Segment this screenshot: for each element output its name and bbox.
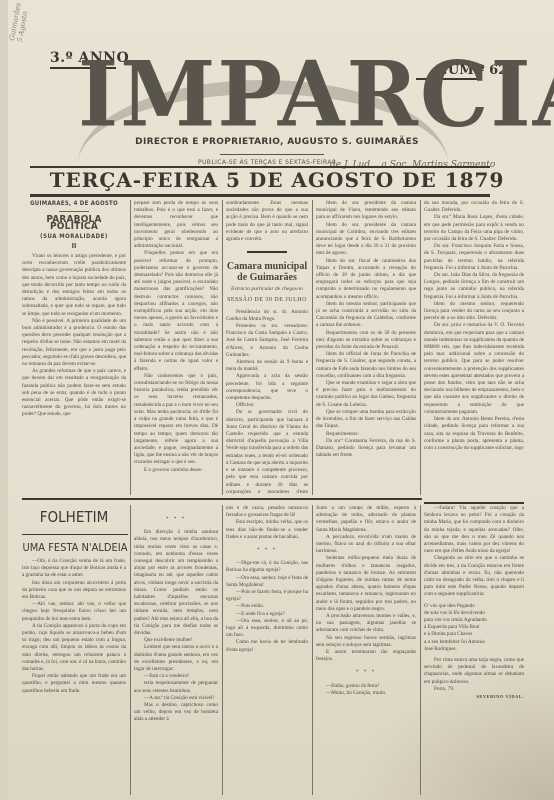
- section-headline: Camara municipal de Guimarães: [226, 261, 308, 283]
- paragraph: Idem do mesmo senhor, requerendo licença…: [424, 301, 524, 323]
- paragraph: Requerimentos:: [316, 431, 416, 438]
- paragraph: prepare sem perda de tempo os seus traba…: [134, 200, 218, 250]
- paragraph: nos e de casca, pesados tamancos ferrado…: [226, 505, 308, 519]
- article-part: II: [22, 243, 126, 250]
- section-break: * * *: [226, 547, 308, 554]
- paragraph: Lembrei que seus tantos a ouvir o a diab…: [134, 644, 218, 673]
- paragraph: Do snr. Francisco Joaquim Faria e Sousa,…: [424, 243, 524, 272]
- paragraph: Approvada a acta da sessão precedente, f…: [226, 373, 308, 402]
- verse-line: e á Direita para Chaves: [424, 631, 524, 638]
- column-rule: [130, 505, 131, 795]
- paragraph: —Fadara! Via aquelle coração que a Senho…: [424, 505, 524, 555]
- paragraph: Que se mande examinar e segar a obra que…: [316, 380, 416, 409]
- paragraph: —Então, gostou da festa?: [316, 683, 416, 690]
- paragraph: Idem do official de Junta de Parochia de…: [316, 351, 416, 380]
- paragraph: E o governo caminha desas-: [134, 467, 218, 474]
- verse-line: O' vós que ides Pegando: [424, 603, 524, 610]
- paragraph: Presentes os srs. vereadores: Francisco …: [226, 323, 308, 359]
- paragraph: Presidencia do sr. dr. Antonio Coelho da…: [226, 309, 308, 323]
- folhetim-column-5: —Fadara! Via aquelle coração que a Senho…: [424, 505, 524, 795]
- folhetim-title: UMA FESTA N'ALDEIA: [22, 534, 128, 554]
- section-subtitle: Extracto particular de chegas-to: [226, 286, 308, 293]
- folhetim-column-2: * * * Em direcção á minha saudosa aldeia…: [134, 510, 218, 795]
- column-4: Idem do snr. presidente da camara munici…: [316, 200, 416, 496]
- paragraph: —Ora essa, senhor, hoje é festa de Santa…: [226, 575, 308, 589]
- paragraph: Viram os leitores o artigo precedente, e…: [22, 253, 126, 318]
- column-2: prepare sem perda de tempo os seus traba…: [134, 200, 218, 496]
- paragraph: Idem do snr. fiscal de cantoneiros dos T…: [316, 258, 416, 301]
- folhetim-column-3: nos e de casca, pesados tamancos ferrado…: [226, 505, 308, 795]
- paragraph: —Ora essa, senhor, é ali ao pé, logo ali…: [226, 618, 308, 640]
- paragraph: A tia Conição appareceu á porta do copo …: [22, 623, 126, 673]
- dateline: TERÇA-FEIRA 5 DE AGOSTO DE 1879: [0, 168, 554, 192]
- column-rule: [222, 505, 223, 795]
- column-1: GUIMARÃES, 4 DE AGOSTO PARABOLA POLITICA…: [22, 200, 126, 496]
- paragraph: Abertura da sessão ás 9 horas e meia da …: [226, 359, 308, 373]
- column-rule: [312, 505, 313, 795]
- paragraph: Isto dizia um corpulento alcoviteiro á p…: [22, 580, 126, 602]
- section-break: * * *: [134, 516, 218, 523]
- paragraph: Officios:: [226, 402, 308, 409]
- paragraph: —Pois então.: [226, 603, 308, 610]
- column-rule: [420, 505, 421, 795]
- paragraph: No seu regresso houve sermão, lagrimas s…: [316, 635, 416, 649]
- paragraph: —E onde fica a egreja?: [226, 611, 308, 618]
- column-rule: [420, 200, 421, 495]
- newspaper-title: IMPARCIAL: [78, 43, 458, 148]
- place-date: Porto, 79.: [424, 686, 524, 693]
- paragraph: Idem do mesmo senhor, participando que j…: [316, 301, 416, 330]
- paragraph: teria respeitosamente de perguntar aos s…: [134, 680, 218, 694]
- paragraph: Mas o destino, caprichoso como um velho,…: [134, 702, 218, 724]
- verse-line: José Rodrigues.: [424, 646, 524, 653]
- paragraph: —Ahi vae, senhor, ahi vae, o velho que c…: [22, 601, 126, 623]
- paragraph: Que excellente mulher!: [134, 637, 218, 644]
- paragraph: As grandes reformas de que o paiz carece…: [22, 368, 126, 418]
- column-3: sombradamente. Estas mesmas sociedades s…: [226, 200, 308, 496]
- director-line: DIRECTOR E PROPRIETARIO, AUGUSTO S. GUIM…: [0, 137, 554, 147]
- paragraph: Da snr.ª Maria Rosa Lopes, d'esta cidade…: [424, 214, 524, 243]
- paragraph: A peccadora, envolvida n'um manto de mer…: [316, 534, 416, 556]
- paragraph: A procissão atravessou montes e valles, …: [316, 613, 416, 635]
- folhetim-rule: [424, 502, 524, 504]
- verse-line: de sola vos lá fôr devolvendo: [424, 610, 524, 617]
- paragraph: Chegando ao sitio em que o caminho se di…: [424, 555, 524, 598]
- paragraph: —Pois se fazem festa, é porque ha egreja…: [226, 589, 308, 603]
- paragraph: Da snr.ª Constantia Ferreira, da rua de …: [316, 438, 416, 460]
- paragraph: da sua morada, por occasião da feira de …: [424, 200, 524, 214]
- paragraph: Junto a um campo de milho, espesto á adm…: [316, 505, 416, 534]
- article-subheadline: (SUA MORALIDADE): [22, 233, 126, 240]
- session-date: SESSÃO DE 30 DE JULHO: [226, 297, 308, 304]
- paragraph: Em direcção á minha saudosa aldeia, nos …: [134, 529, 218, 637]
- paragraph: Do sr. governador civil do districto, pa…: [226, 409, 308, 496]
- paragraph: Idem do snr. presidente da camara munici…: [316, 200, 416, 222]
- paragraph: Não conhecemos que o paiz, consubstancia…: [134, 373, 218, 467]
- divider: [220, 154, 324, 155]
- paragraph: Não é possivel. A primeira qualidade de …: [22, 318, 126, 368]
- folhetim-column-1: —Olá, ó tia Conição venha de lá um frade…: [22, 558, 126, 758]
- column-rule: [312, 200, 313, 495]
- folhetim-label: FOLHETIM: [30, 508, 118, 526]
- paragraph: Do snr. prior e mesarios da V. O. Tercei…: [424, 322, 524, 416]
- paragraph: N'aquelles pontos em que era possivel re…: [134, 250, 218, 372]
- verse-line: á Esquerda para Villa Real: [424, 624, 524, 631]
- column-5: da sua morada, por occasião da feira de …: [424, 200, 524, 500]
- paragraph: —Está cá a vendeira?: [134, 673, 218, 680]
- inscription-verse: O' vós que ides Pegando de sola vos lá f…: [424, 603, 524, 653]
- paragraph: Requerimentos com os de 30 do presente m…: [316, 330, 416, 352]
- publication-schedule: PUBLICA-SE ÁS TERÇAS E SEXTAS-FEIRAS: [198, 159, 336, 166]
- verse-line: a o seu bemfeitor foi Antonio: [424, 639, 524, 646]
- paragraph: Que se compre uma bomba para extincção d…: [316, 409, 416, 431]
- folhetim-column-4: Junto a um campo de milho, espesto á adm…: [316, 505, 416, 795]
- author-signature: SEVERINO VIDAL.: [424, 693, 524, 700]
- article-headline: PARABOLA POLITICA: [22, 216, 126, 230]
- divider: [247, 251, 287, 253]
- paragraph: Idem do snr. Antonio Bento Pereira, d'es…: [424, 416, 524, 452]
- paragraph: sombradamente. Estas mesmas sociedades s…: [226, 200, 308, 243]
- paragraph: —Olá, ó tia Conição venha de lá um frade…: [22, 558, 126, 580]
- paragraph: —Muito, tia Conição, muito.: [316, 690, 416, 697]
- paragraph: —A snr.ª tia Conição está visível?: [134, 695, 218, 702]
- paragraph: Sedentas milho-pequeno meia duzia de mul…: [316, 555, 416, 613]
- column-rule: [130, 200, 131, 495]
- column-rule: [222, 200, 223, 495]
- dateline-location: GUIMARÃES, 4 DE AGOSTO: [22, 200, 126, 207]
- paragraph: E assim terminaram tão engraçadas festej…: [316, 649, 416, 663]
- paragraph: Por cima estava uma tarja negra, como qu…: [424, 657, 524, 686]
- paragraph: Do snr. João Dias da Silva, da freguezia…: [424, 272, 524, 301]
- paragraph: Está escripto, minha velha, que os teus …: [226, 519, 308, 541]
- folhetim-rule: [22, 498, 422, 500]
- dateline-rule: [30, 194, 490, 197]
- paragraph: —Diga-me cá, ó tia Conição, nas Boticas …: [226, 560, 308, 574]
- verse-line: para vós vos irmãs Agradando: [424, 617, 524, 624]
- divider: [59, 211, 89, 212]
- paragraph: Idem do snr. presidente da camara munici…: [316, 222, 416, 258]
- section-break: * * *: [316, 669, 416, 676]
- paragraph: Como me havia de ter lembrado d'esta egr…: [226, 639, 308, 653]
- paragraph: Fiquei então sabendo que um frade era um…: [22, 673, 126, 695]
